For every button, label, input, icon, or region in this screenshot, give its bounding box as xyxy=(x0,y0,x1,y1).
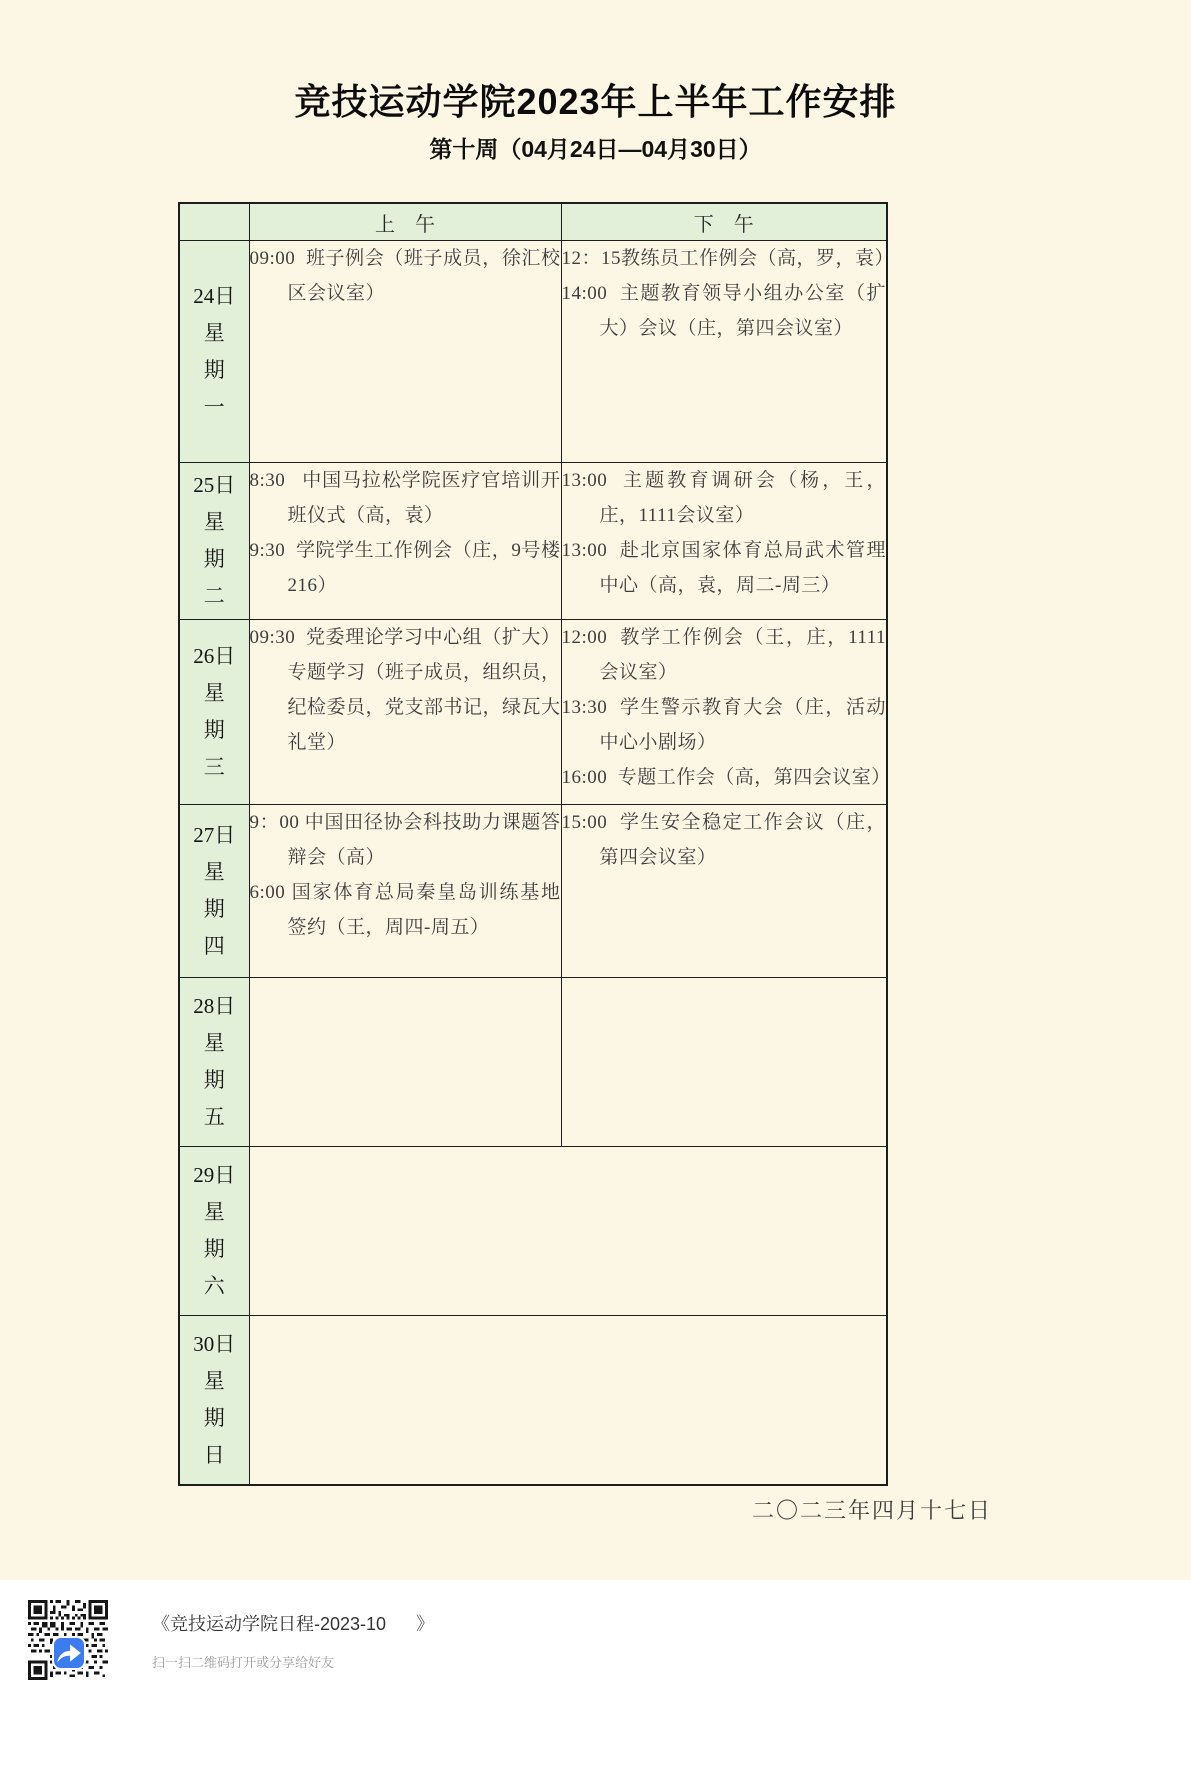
header-corner-cell xyxy=(179,203,249,241)
schedule-entry: 16:00 专题工作会（高，第四会议室） xyxy=(562,760,887,795)
schedule-entry: 13:00 赴北京国家体育总局武术管理中心（高，袁，周二-周三） xyxy=(562,533,887,603)
schedule-entry: 12:00 教学工作例会（王，庄，1111会议室） xyxy=(562,620,887,690)
day-label: 28日 星 期 五 xyxy=(179,978,249,1147)
schedule-entry: 13:00 主题教育调研会（杨，王，庄，1111会议室） xyxy=(562,463,887,533)
schedule-entry: 8:30 中国马拉松学院医疗官培训开班仪式（高，袁） xyxy=(250,463,561,533)
page-subtitle: 第十周（04月24日—04月30日） xyxy=(0,131,1191,164)
page-title: 竞技运动学院2023年上半年工作安排 xyxy=(0,74,1191,125)
allday-cell xyxy=(249,1147,887,1316)
weekly-schedule-table: 上 午 下 午 24日 星 期 一 09:00 班子例会（班子成员，徐汇校区会议… xyxy=(178,202,888,1486)
qr-code[interactable] xyxy=(28,1600,108,1680)
schedule-row-sun: 30日 星 期 日 xyxy=(179,1316,887,1485)
day-label: 30日 星 期 日 xyxy=(179,1316,249,1485)
scan-hint: 扫一扫二维码打开或分享给好友 xyxy=(152,1652,334,1671)
morning-cell: 09:00 班子例会（班子成员，徐汇校区会议室） xyxy=(249,241,561,463)
schedule-row-mon: 24日 星 期 一 09:00 班子例会（班子成员，徐汇校区会议室） 12：15… xyxy=(179,241,887,463)
schedule-entry: 13:30 学生警示教育大会（庄，活动中心小剧场） xyxy=(562,690,887,760)
schedule-row-sat: 29日 星 期 六 xyxy=(179,1147,887,1316)
allday-cell xyxy=(249,1316,887,1485)
morning-cell: 09:30 党委理论学习中心组（扩大）专题学习（班子成员，组织员，纪检委员，党支… xyxy=(249,620,561,805)
schedule-entry: 09:30 党委理论学习中心组（扩大）专题学习（班子成员，组织员，纪检委员，党支… xyxy=(250,620,561,760)
table-header-row: 上 午 下 午 xyxy=(179,203,887,241)
afternoon-cell xyxy=(561,978,887,1147)
afternoon-cell: 15:00 学生安全稳定工作会议（庄，第四会议室） xyxy=(561,805,887,978)
issue-date: 二〇二三年四月十七日 xyxy=(0,1494,992,1525)
afternoon-cell: 12：15教练员工作例会（高，罗，袁）14:00 主题教育领导小组办公室（扩大）… xyxy=(561,241,887,463)
day-label: 26日 星 期 三 xyxy=(179,620,249,805)
schedule-entry: 12：15教练员工作例会（高，罗，袁） xyxy=(562,241,887,276)
day-label: 25日 星 期 二 xyxy=(179,463,249,620)
schedule-row-tue: 25日 星 期 二 8:30 中国马拉松学院医疗官培训开班仪式（高，袁）9:30… xyxy=(179,463,887,620)
afternoon-cell: 12:00 教学工作例会（王，庄，1111会议室）13:30 学生警示教育大会（… xyxy=(561,620,887,805)
schedule-entry: 9:30 学院学生工作例会（庄，9号楼216） xyxy=(250,533,561,603)
schedule-entry: 9：00 中国田径协会科技助力课题答辩会（高） xyxy=(250,805,561,875)
schedule-entry: 14:00 主题教育领导小组办公室（扩大）会议（庄，第四会议室） xyxy=(562,276,887,346)
schedule-row-thu: 27日 星 期 四 9：00 中国田径协会科技助力课题答辩会（高）6:00 国家… xyxy=(179,805,887,978)
morning-cell: 8:30 中国马拉松学院医疗官培训开班仪式（高，袁）9:30 学院学生工作例会（… xyxy=(249,463,561,620)
share-icon xyxy=(54,1638,84,1668)
schedule-entry: 15:00 学生安全稳定工作会议（庄，第四会议室） xyxy=(562,805,887,875)
share-footer: 《竞技运动学院日程-2023-10 》 扫一扫二维码打开或分享给好友 xyxy=(0,1580,1191,1769)
morning-cell: 9：00 中国田径协会科技助力课题答辩会（高）6:00 国家体育总局秦皇岛训练基… xyxy=(249,805,561,978)
schedule-row-wed: 26日 星 期 三 09:30 党委理论学习中心组（扩大）专题学习（班子成员，组… xyxy=(179,620,887,805)
header-morning: 上 午 xyxy=(249,203,561,241)
day-label: 27日 星 期 四 xyxy=(179,805,249,978)
afternoon-cell: 13:00 主题教育调研会（杨，王，庄，1111会议室）13:00 赴北京国家体… xyxy=(561,463,887,620)
document-page: { "page": { "title": "竞技运动学院2023年上半年工作安排… xyxy=(0,0,1191,1769)
schedule-row-fri: 28日 星 期 五 xyxy=(179,978,887,1147)
morning-cell xyxy=(249,978,561,1147)
schedule-entry: 6:00 国家体育总局秦皇岛训练基地签约（王，周四-周五） xyxy=(250,875,561,945)
day-label: 29日 星 期 六 xyxy=(179,1147,249,1316)
day-label: 24日 星 期 一 xyxy=(179,241,249,463)
shared-doc-title: 《竞技运动学院日程-2023-10 》 xyxy=(152,1610,434,1636)
header-afternoon: 下 午 xyxy=(561,203,887,241)
schedule-entry: 09:00 班子例会（班子成员，徐汇校区会议室） xyxy=(250,241,561,311)
